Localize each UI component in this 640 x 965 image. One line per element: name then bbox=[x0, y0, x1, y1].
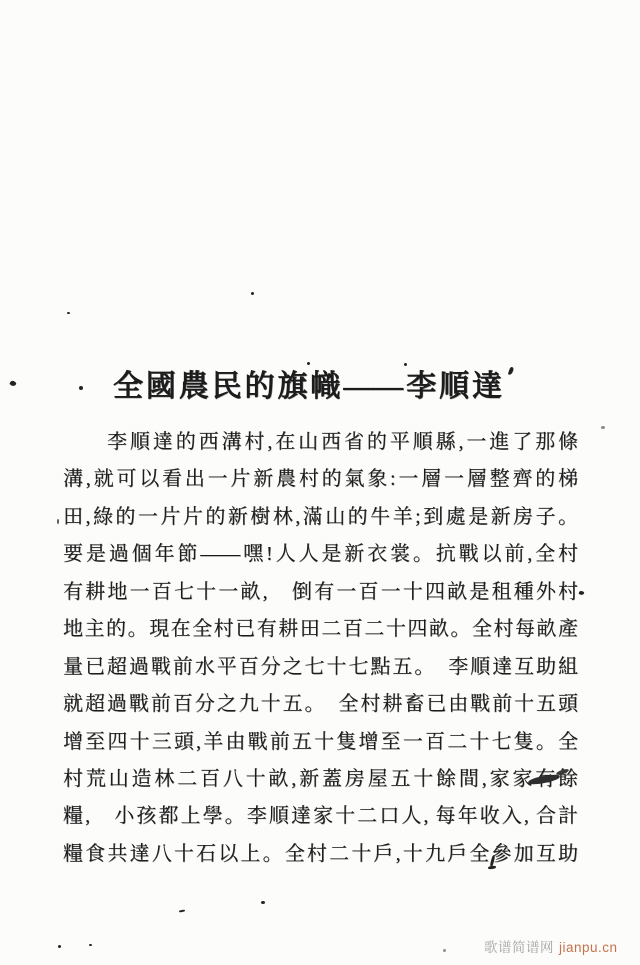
text-line: 地主的。現在全村已有耕田二百二十四畝。全村每畝產 bbox=[63, 611, 578, 648]
text-line: 糧食共達八十石以上。全村二十戶,十九戶全參加互助 bbox=[63, 836, 578, 873]
ink-speck bbox=[443, 949, 446, 952]
ink-speck bbox=[57, 519, 59, 524]
ink-speck bbox=[404, 363, 407, 366]
text-line: 就超過戰前百分之九十五。 全村耕畜已由戰前十五頭 bbox=[63, 686, 578, 723]
ink-speck bbox=[67, 312, 70, 314]
ink-speck bbox=[601, 426, 605, 429]
text-line: 量已超過戰前水平百分之七十七點五。 李順達互助組 bbox=[63, 649, 578, 686]
text-line: 田,綠的一片片的新樹林,滿山的牛羊;到處是新房子。 bbox=[63, 499, 578, 536]
text-line: 要是過個年節——嘿!人人是新衣裳。抗戰以前,全村 bbox=[63, 536, 578, 573]
ink-speck bbox=[261, 901, 265, 904]
book-page: 全國農民的旗幟——李順達 李順達的西溝村,在山西省的平順縣,一進了那條 溝,就可… bbox=[0, 0, 640, 965]
watermark: 歌谱简谱网jianpu.cn bbox=[484, 936, 618, 956]
ink-speck bbox=[9, 380, 17, 388]
paragraph: 李順達的西溝村,在山西省的平順縣,一進了那條 溝,就可以看出一片新農村的氣象:一… bbox=[63, 424, 578, 873]
page-title: 全國農民的旗幟——李順達 bbox=[113, 364, 502, 410]
watermark-site-name: 歌谱简谱网 bbox=[484, 940, 554, 955]
text-line: 溝,就可以看出一片新農村的氣象:一層一層整齊的梯 bbox=[63, 461, 578, 498]
text-line: 糧, 小孩都上學。李順達家十二口人, 每年收入, 合計 bbox=[63, 798, 578, 835]
text-line: 增至四十三頭,羊由戰前五十隻增至一百二十七隻。全 bbox=[63, 724, 578, 761]
ink-speck bbox=[89, 944, 92, 946]
text-line: 李順達的西溝村,在山西省的平順縣,一進了那條 bbox=[63, 424, 578, 461]
ink-speck bbox=[179, 909, 185, 912]
ink-speck bbox=[251, 292, 254, 295]
watermark-site-url: jianpu.cn bbox=[559, 940, 618, 955]
ink-speck bbox=[58, 945, 61, 948]
ink-speck bbox=[578, 590, 584, 596]
ink-speck bbox=[307, 362, 310, 365]
ink-speck bbox=[508, 367, 514, 376]
text-line: 村荒山造林二百八十畝,新蓋房屋五十餘間,家家有餘 bbox=[63, 761, 578, 798]
text-line: 有耕地一百七十一畝, 倒有一百一十四畝是租種外村 bbox=[63, 574, 578, 611]
ink-speck bbox=[79, 386, 83, 390]
